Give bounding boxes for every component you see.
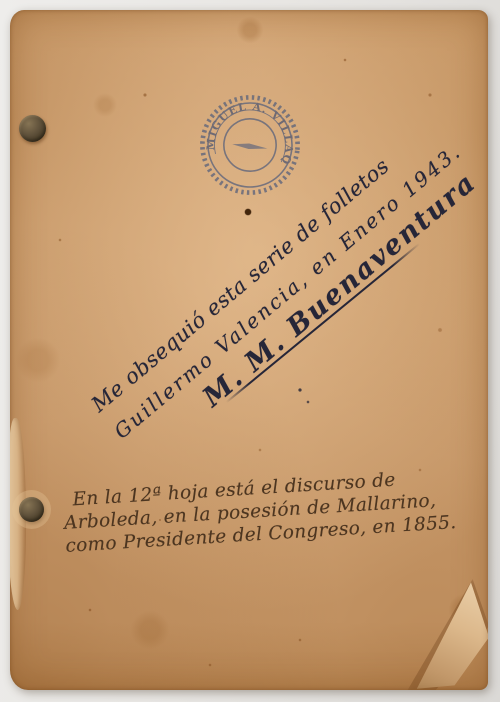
booklet-cover: MIGUEL A. VILLAQUIRÁN. Me obsequió esta … — [10, 10, 488, 690]
handwritten-note: En la 12ª hoja está el discurso de Arbol… — [62, 465, 465, 558]
metal-brad-top — [19, 115, 46, 142]
folded-corner — [407, 579, 488, 690]
stamp-graphic: MIGUEL A. VILLAQUIRÁN. — [188, 83, 313, 208]
metal-brad-bottom — [19, 497, 44, 522]
stamp-center-ornament — [232, 141, 268, 151]
photo-background: MIGUEL A. VILLAQUIRÁN. Me obsequió esta … — [0, 0, 500, 702]
owner-stamp-icon: MIGUEL A. VILLAQUIRÁN. — [188, 83, 313, 208]
